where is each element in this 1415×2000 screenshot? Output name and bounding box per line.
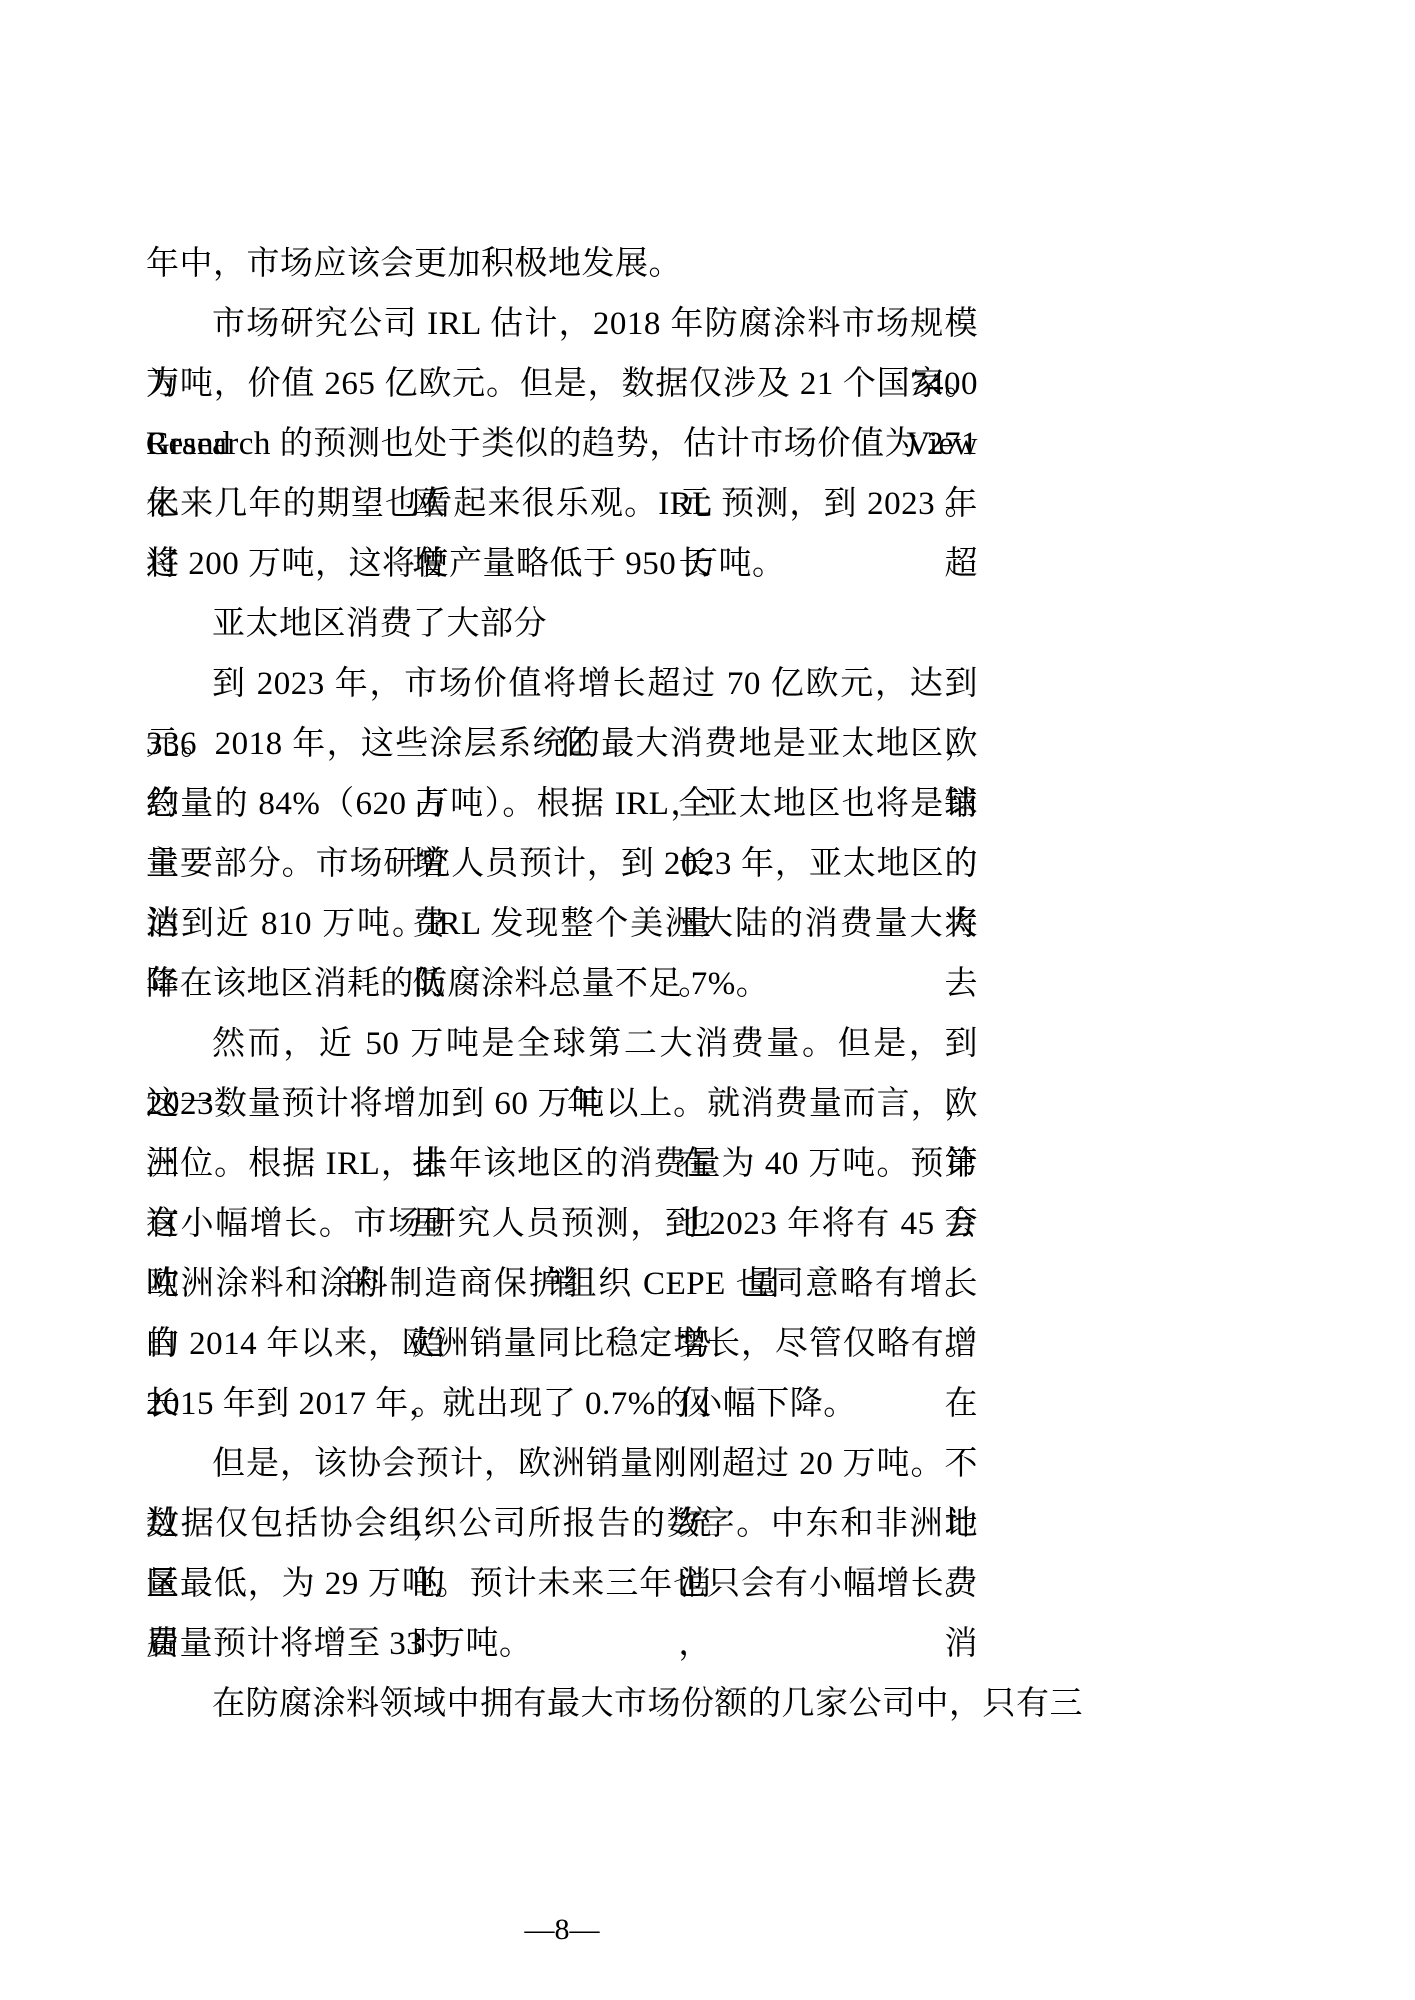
paragraph: 年中，市场应该会更加积极地发展。 xyxy=(146,234,978,294)
text-line: 三位。根据 IRL，去年该地区的消费量为 40 万吨。预计这里也会 xyxy=(146,1134,978,1194)
text-line: 总量的 84%（620 万吨）。根据 IRL，亚太地区也将是销量增长的 xyxy=(146,774,978,834)
text-line: 2015 年到 2017 年，就出现了 0.7%的小幅下降。 xyxy=(146,1374,978,1434)
text-line: Research 的预测也处于类似的趋势，估计市场价值为 271 亿欧元。 xyxy=(146,414,978,474)
paragraph: 在防腐涂料领域中拥有最大市场份额的几家公司中，只有三 xyxy=(146,1674,978,1734)
paragraph: 然而，近 50 万吨是全球第二大消费量。但是，到 2023 年， 这一数量预计将… xyxy=(146,1014,978,1434)
document-page: 年中，市场应该会更加积极地发展。 市场研究公司 IRL 估计，2018 年防腐涂… xyxy=(0,0,1415,2000)
text-line: 然而，近 50 万吨是全球第二大消费量。但是，到 2023 年， xyxy=(146,1014,978,1074)
text-line: 万吨，价值 265 亿欧元。但是，数据仅涉及 21 个国家。Grand View xyxy=(146,354,978,414)
text-line: 年中，市场应该会更加积极地发展。 xyxy=(146,234,978,294)
text-line: 亚太地区消费了大部分 xyxy=(146,594,978,654)
paragraph: 到 2023 年，市场价值将增长超过 70 亿欧元，达到 336 亿欧 元。20… xyxy=(146,654,978,1014)
text-line: 元。2018 年，这些涂层系统的最大消费地是亚太地区，约占全球 xyxy=(146,714,978,774)
text-line: 达到近 810 万吨。IRL 发现整个美洲大陆的消费量大大降低。去 xyxy=(146,894,978,954)
text-line: 市场研究公司 IRL 估计，2018 年防腐涂料市场规模为 7400 xyxy=(146,294,978,354)
text-line: 有小幅增长。市场研究人员预测，到 2023 年将有 45 万吨的销量。 xyxy=(146,1194,978,1254)
text-line: 在防腐涂料领域中拥有最大市场份额的几家公司中，只有三 xyxy=(146,1674,978,1734)
paragraph: 亚太地区消费了大部分 xyxy=(146,594,978,654)
page-number: —8— xyxy=(146,1908,978,1952)
text-line: 自 2014 年以来，欧洲销量同比稳定增长，尽管仅略有增长。仅在 xyxy=(146,1314,978,1374)
text-line: 但是，该协会预计，欧洲销量刚刚超过 20 万吨。不过，统计 xyxy=(146,1434,978,1494)
paragraph: 市场研究公司 IRL 估计，2018 年防腐涂料市场规模为 7400 万吨，价值… xyxy=(146,294,978,594)
paragraph: 但是，该协会预计，欧洲销量刚刚超过 20 万吨。不过，统计 数据仅包括协会组织公… xyxy=(146,1434,978,1674)
text-line: 这一数量预计将增加到 60 万吨以上。就消费量而言，欧洲排在第 xyxy=(146,1074,978,1134)
text-line: 未来几年的期望也看起来很乐观。IRL 预测，到 2023 年将增长超 xyxy=(146,474,978,534)
text-line: 主要部分。市场研究人员预计，到 2023 年，亚太地区的消费量将 xyxy=(146,834,978,894)
document-body-text: 年中，市场应该会更加积极地发展。 市场研究公司 IRL 估计，2018 年防腐涂… xyxy=(146,234,978,1734)
text-line: 量最低，为 29 万吨。预计未来三年也只会有小幅增长。届时，消 xyxy=(146,1554,978,1614)
text-line: 到 2023 年，市场价值将增长超过 70 亿欧元，达到 336 亿欧 xyxy=(146,654,978,714)
text-line: 数据仅包括协会组织公司所报告的数字。中东和非洲地区的消费 xyxy=(146,1494,978,1554)
text-line: 欧洲涂料和涂料制造商保护组织 CEPE 也同意略有增长的趋势。 xyxy=(146,1254,978,1314)
